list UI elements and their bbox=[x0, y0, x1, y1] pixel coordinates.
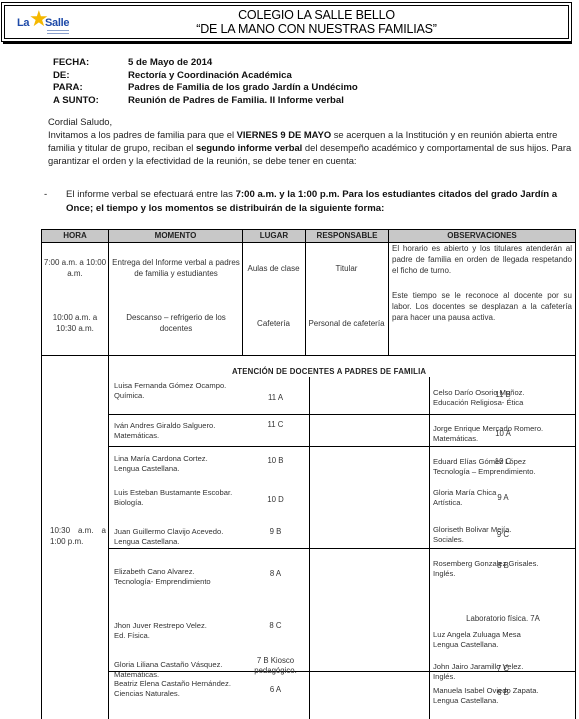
grade-right-7: 7 C bbox=[430, 664, 576, 674]
attention-title: ATENCIÓN DE DOCENTES A PADRES DE FAMILIA bbox=[232, 367, 426, 376]
row1-observaciones: El horario es abierto y los titulares at… bbox=[392, 243, 572, 276]
grade-left-5: 8 A bbox=[242, 569, 309, 579]
teacher-subject: Tecnología – Emprendimiento. bbox=[433, 467, 553, 477]
bullet-text: El informe verbal se efectuará entre las… bbox=[66, 188, 574, 216]
teacher-left-0: Luisa Fernanda Gómez Ocampo.Química. bbox=[114, 381, 254, 401]
grade-left-6: 8 C bbox=[242, 621, 309, 631]
teacher-name: Juan Guillermo Clavijo Acevedo. bbox=[114, 527, 254, 537]
teacher-subject: Lengua Castellana. bbox=[114, 464, 254, 474]
row1-momento: Entrega del Informe verbal a padres de f… bbox=[112, 257, 240, 279]
teacher-left-4: Juan Guillermo Clavijo Acevedo.Lengua Ca… bbox=[114, 527, 254, 547]
teacher-name: Iván Andres Giraldo Salguero. bbox=[114, 421, 254, 431]
teacher-subject: Biología. bbox=[114, 498, 254, 508]
row2-responsable: Personal de cafetería bbox=[305, 318, 388, 329]
grade-right-6: Laboratorio física. 7A bbox=[430, 614, 576, 624]
field-label: FECHA: bbox=[53, 57, 128, 70]
grade-right-0: 11 B bbox=[430, 390, 576, 400]
grade-left-1: 11 C bbox=[242, 420, 309, 430]
col-responsable: RESPONSABLE bbox=[306, 230, 389, 242]
teacher-right-6: Luz Angela Zuluaga MesaLengua Castellana… bbox=[433, 630, 553, 650]
col-hora: HORA bbox=[42, 230, 109, 242]
bullet-note: - El informe verbal se efectuará entre l… bbox=[44, 188, 574, 216]
row1-lugar: Aulas de clase bbox=[242, 263, 305, 274]
teacher-subject: Ed. Física. bbox=[114, 631, 254, 641]
school-motto: “DE LA MANO CON NUESTRAS FAMILIAS” bbox=[65, 22, 568, 36]
teacher-subject: Matemáticas. bbox=[114, 431, 254, 441]
grade-left-0: 11 A bbox=[242, 393, 309, 403]
col-observaciones: OBSERVACIONES bbox=[389, 230, 575, 242]
field-label: A SUNTO: bbox=[53, 95, 128, 108]
memo-field-para: PARA: Padres de Familia de los grado Jar… bbox=[53, 82, 358, 95]
grade-left-3: 10 D bbox=[242, 495, 309, 505]
teacher-name: Luz Angela Zuluaga Mesa bbox=[433, 630, 553, 640]
teacher-name: Gloria Liliana Castaño Vásquez. bbox=[114, 660, 254, 670]
field-value: Reunión de Padres de Familia. II Informe… bbox=[128, 95, 344, 108]
teacher-subject: Ciencias Naturales. bbox=[114, 689, 254, 699]
school-title: COLEGIO LA SALLE BELLO “DE LA MANO CON N… bbox=[65, 8, 568, 36]
grade-left-2: 10 B bbox=[242, 456, 309, 466]
col-lugar: LUGAR bbox=[243, 230, 306, 242]
teacher-left-7: Gloria Liliana Castaño Vásquez.Matemátic… bbox=[114, 660, 254, 680]
teacher-name: Elizabeth Cano Alvarez. bbox=[114, 567, 254, 577]
field-label: PARA: bbox=[53, 82, 128, 95]
memo-field-asunto: A SUNTO: Reunión de Padres de Familia. I… bbox=[53, 95, 358, 108]
teacher-name: Lina María Cardona Cortez. bbox=[114, 454, 254, 464]
grade-left-8: 6 A bbox=[242, 685, 309, 695]
teacher-left-3: Luis Esteban Bustamante Escobar.Biología… bbox=[114, 488, 254, 508]
teacher-subject: Tecnología- Emprendimiento bbox=[114, 577, 254, 587]
school-name: COLEGIO LA SALLE BELLO bbox=[65, 8, 568, 22]
row3-hora: 10:30 a.m. a 1:00 p.m. bbox=[50, 525, 106, 547]
teacher-subject: Lengua Castellana. bbox=[114, 537, 254, 547]
row2-momento: Descanso – refrigerio de los docentes bbox=[112, 312, 240, 334]
field-label: DE: bbox=[53, 70, 128, 83]
row1-responsable: Titular bbox=[305, 263, 388, 274]
teacher-left-6: Jhon Juver Restrepo Velez.Ed. Física. bbox=[114, 621, 254, 641]
letterhead: La ★ Salle COLEGIO LA SALLE BELLO “DE LA… bbox=[1, 2, 572, 42]
teacher-name: Jhon Juver Restrepo Velez. bbox=[114, 621, 254, 631]
row1-hora: 7:00 a.m. a 10:00 a.m. bbox=[42, 257, 108, 279]
memo-field-de: DE: Rectoría y Coordinación Académica bbox=[53, 70, 358, 83]
teacher-left-8: Beatriz Elena Castaño Hernández.Ciencias… bbox=[114, 679, 254, 699]
teacher-name: Beatriz Elena Castaño Hernández. bbox=[114, 679, 254, 689]
col-momento: MOMENTO bbox=[109, 230, 243, 242]
invitation-paragraph: Invitamos a los padres de familia para q… bbox=[48, 128, 574, 167]
grade-left-4: 9 B bbox=[242, 527, 309, 537]
teacher-name: Luisa Fernanda Gómez Ocampo. bbox=[114, 381, 254, 391]
grade-right-8: 6 B bbox=[430, 688, 576, 698]
grade-right-2: 10 C bbox=[430, 457, 576, 467]
row2-hora: 10:00 a.m. a 10:30 a.m. bbox=[42, 312, 108, 334]
bullet-dash: - bbox=[44, 188, 47, 202]
teacher-subject: Lengua Castellana. bbox=[433, 640, 553, 650]
teacher-left-1: Iván Andres Giraldo Salguero.Matemáticas… bbox=[114, 421, 254, 441]
letter-body: Cordial Saludo, Invitamos a los padres d… bbox=[48, 115, 574, 167]
school-logo: La ★ Salle bbox=[11, 8, 71, 38]
greeting: Cordial Saludo, bbox=[48, 115, 574, 128]
schedule-table: HORA MOMENTO LUGAR RESPONSABLE OBSERVACI… bbox=[41, 229, 576, 719]
memo-fields: FECHA: 5 de Mayo de 2014 DE: Rectoría y … bbox=[53, 57, 358, 107]
memo-field-fecha: FECHA: 5 de Mayo de 2014 bbox=[53, 57, 358, 70]
field-value: 5 de Mayo de 2014 bbox=[128, 57, 212, 70]
teacher-name: Luis Esteban Bustamante Escobar. bbox=[114, 488, 254, 498]
grade-left-7: 7 B Kiosco pedagógico. bbox=[242, 656, 309, 676]
row2-observaciones: Este tiempo se le reconoce al docente po… bbox=[392, 290, 572, 323]
grade-right-3: 9 A bbox=[430, 493, 576, 503]
teacher-subject: Química. bbox=[114, 391, 254, 401]
field-value: Padres de Familia de los grado Jardín a … bbox=[128, 82, 358, 95]
logo-text-la: La bbox=[17, 17, 29, 29]
teacher-left-2: Lina María Cardona Cortez.Lengua Castell… bbox=[114, 454, 254, 474]
row2-lugar: Cafetería bbox=[242, 318, 305, 329]
grade-right-4: 9 C bbox=[430, 530, 576, 540]
grade-right-1: 10 A bbox=[430, 429, 576, 439]
field-value: Rectoría y Coordinación Académica bbox=[128, 70, 292, 83]
table-header: HORA MOMENTO LUGAR RESPONSABLE OBSERVACI… bbox=[42, 230, 575, 243]
teacher-left-5: Elizabeth Cano Alvarez.Tecnología- Empre… bbox=[114, 567, 254, 587]
grade-right-5: 8 B bbox=[430, 561, 576, 571]
